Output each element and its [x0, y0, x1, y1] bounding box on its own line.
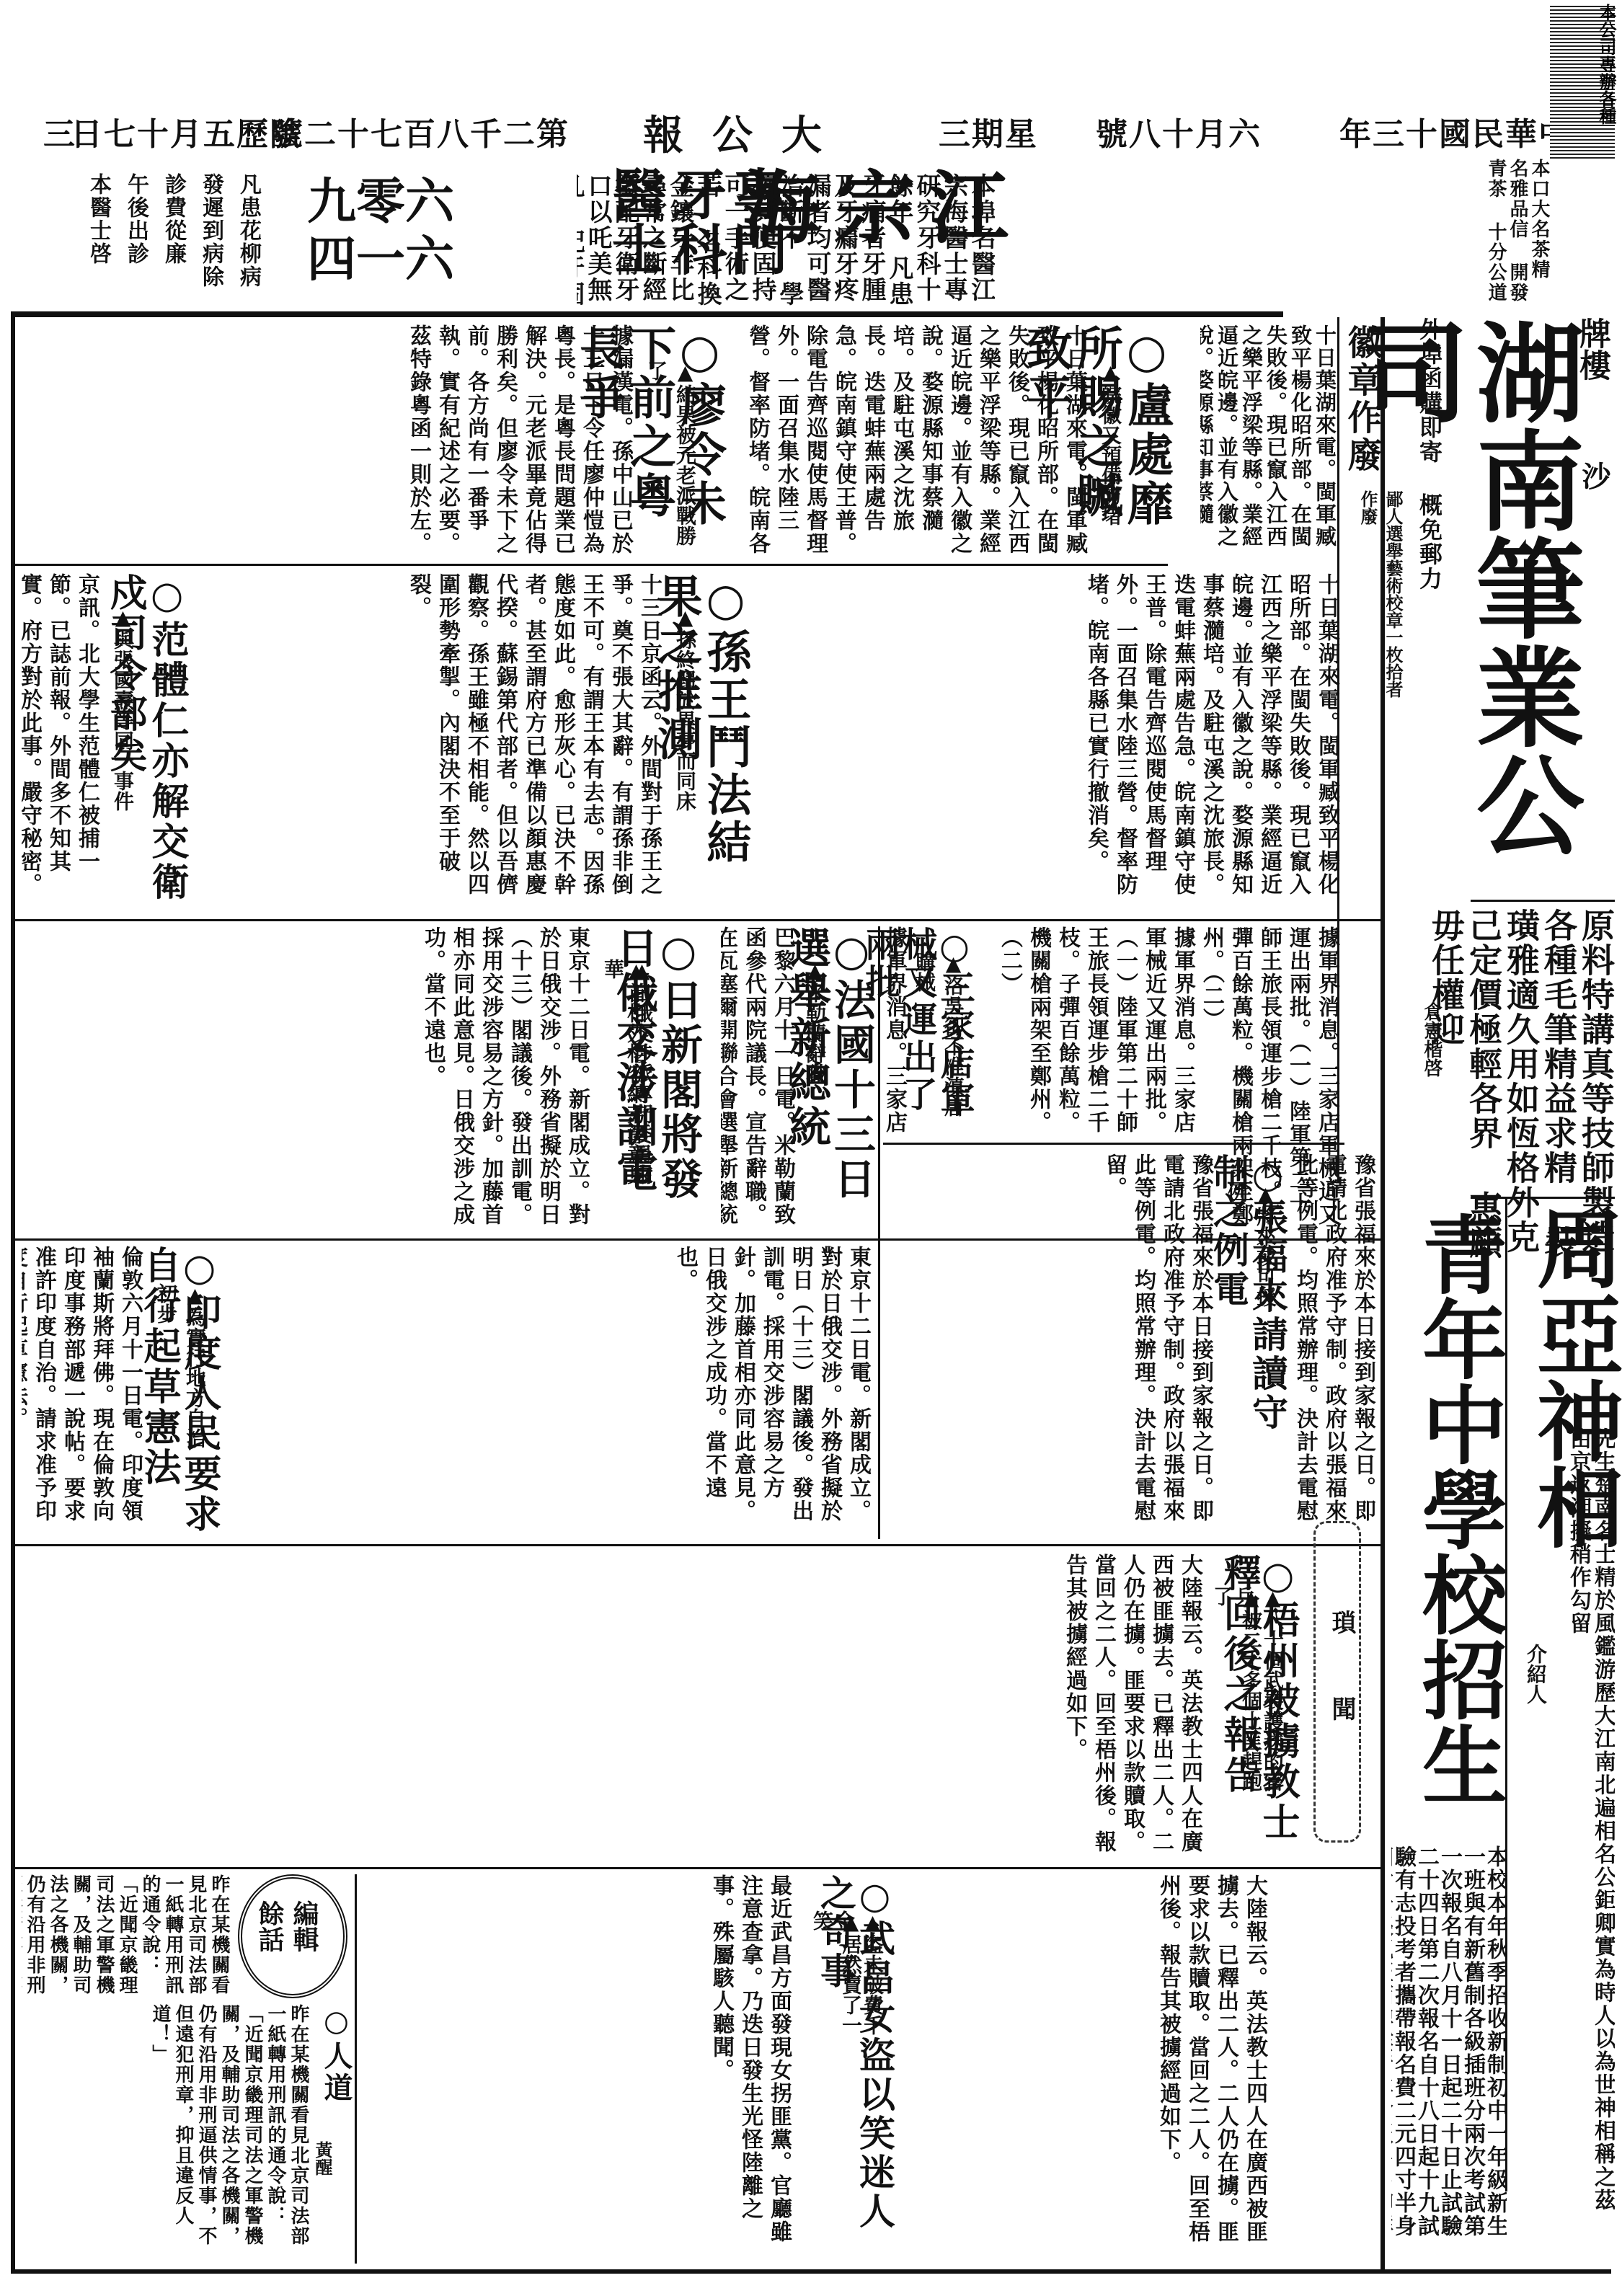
- hunan-ad-footer: 倉憲楷啓: [1419, 1002, 1445, 1089]
- zhou-ad-body: 先生楚南名士精於風鑑游歷大江南北遍相名公鉅卿實為時人以為世神相稱之茲由京返湘擬稍…: [1514, 1427, 1615, 2220]
- masthead: 中華民國十三年 六月十八號 星期三 大公報 第二千八百七十二號 陰歷五月十七日 …: [29, 108, 1600, 159]
- hunan-ad-address: 概免郵力: [1416, 493, 1442, 591]
- a8-rule: [883, 1143, 1344, 1145]
- article-a4-subhead: ▲與張國燾等同一事件: [108, 606, 137, 822]
- top-ad-band: 本公司專辦各種 江宗海 專門牙科醫士 本埠名醫江宗海醫士專研究牙科十餘年 凡患牙…: [0, 159, 1622, 314]
- phone-number-ad: 六零九六一四: [274, 173, 461, 303]
- notice-body: 鄙人選舉藝術校章一枚拾者作廢: [1355, 490, 1406, 706]
- bottom-frame-rule: [11, 2269, 1611, 2274]
- article-a12-prefix: 昨在某機關看見北京司法部一紙轉用刑訊的通令說：「近聞京畿理司法之軍警機關，及輔助…: [22, 1874, 231, 1997]
- article-a7-body: 據軍界消息。三家店軍械近又運出兩批。（一）陸軍第二十師王旅長領運步槍二千枝。子彈…: [883, 926, 908, 1143]
- article-a1-subhead: ▲皖徽又預備防堵: [1096, 360, 1125, 555]
- editorial-ornament: 編輯 餘話: [238, 1874, 347, 1998]
- corner-ad-line: 本公司專辦各種: [1596, 4, 1617, 125]
- small-ad-line: 十分公道: [1485, 222, 1507, 303]
- masthead-year: 中華民國十三年: [1339, 108, 1572, 154]
- hunan-ad-rule: [1471, 900, 1615, 902]
- a6-divider: [878, 926, 880, 1539]
- clinic-note: 診費從廉: [161, 173, 186, 265]
- article-a5-subhead-2: ▲日俄交涉派專門委員來華: [598, 959, 656, 1197]
- hunan-brush-ad: 湖南筆業公司 牌樓 沙 外埠函購即寄 概免郵力: [1391, 317, 1622, 901]
- article-a12-body: 昨在某機關看見北京司法部一紙轉用刑訊的通令說：「近聞京畿理司法之軍警機關，及輔助…: [22, 2004, 310, 2264]
- phone-number: 六零九六一四: [274, 173, 454, 288]
- zhou-ad-rule: [1471, 1197, 1615, 1199]
- article-a12-author: 黃醒: [310, 2141, 335, 2199]
- top-frame-rule: [11, 311, 1283, 317]
- article-a8-prefix: 豫省張福來於本日接到家報之日。即電請北政府准予守制。政府以張福來此等例電。均照常…: [1290, 1153, 1377, 1543]
- band-rule-2: [14, 919, 1381, 921]
- masthead-page-number: 三: [43, 108, 76, 154]
- trivia-box: 瑣 聞: [1313, 1521, 1361, 1843]
- article-a1-body: 十日葉湖來電。閩軍臧致平楊化昭所部。在閩失敗後。現已竄入江西之樂平浮梁等縣。業經…: [743, 324, 1089, 559]
- editorial-divider: [355, 1874, 357, 2264]
- article-a5-body: 東京十二日電。新閣成立。對於日俄交涉。外務省擬於明日（十三）閣議後。發出訓電。採…: [22, 926, 591, 1236]
- article-a12-headline: ○人道: [317, 2004, 352, 2134]
- band-rule-5: [14, 1867, 1381, 1869]
- clinic-note: 發遲到病除: [198, 173, 223, 288]
- article-a11-subhead-2: ▲居然賣了一笑: [807, 1910, 865, 2055]
- left-frame-rule: [11, 311, 15, 2272]
- clinic-note: 凡患花柳病: [236, 173, 261, 288]
- hunan-ad-address: 外埠函購即寄: [1416, 317, 1442, 464]
- article-a3-subhead: ▲孫終歸於異夢而同床: [670, 606, 699, 822]
- article-a5-headline: ○日新閣將發日俄交涉訓電: [649, 926, 701, 1236]
- dentist-body-line: 徵配牙衛牙口以吒美無凡: [577, 173, 639, 303]
- notice-title: 徽章作廢: [1341, 324, 1381, 476]
- article-a8-body: 豫省張福來於本日接到家報之日。即電請北政府准予守制。政府以張福來此等例電。均照常…: [883, 1153, 1215, 1543]
- masthead-weekday: 星期三: [939, 108, 1038, 154]
- masthead-issue: 第二千八百七十二號: [271, 108, 570, 154]
- masthead-date: 六月十八號: [1096, 108, 1262, 154]
- article-a6-headline: ○法國十三日選舉新總統: [822, 926, 874, 1236]
- trivia-box-label-2: 聞: [1324, 1696, 1360, 1721]
- trivia-box-label-1: 瑣: [1324, 1610, 1360, 1634]
- small-ad-line: 名雅品信: [1507, 159, 1528, 239]
- article-a6-subhead: ▲米勒蘭辭職: [800, 959, 829, 1103]
- hunan-ad-body-line: 原料特講真等技師製造各種毛筆精益求精: [1539, 908, 1615, 1254]
- school-ad-body: 本校本年秋季招收新制初中一年級新生一班與有新舊制各級插班分兩次考試第一次報名自八…: [1391, 1845, 1507, 2249]
- masthead-lunar-date: 陰歷五月十七日: [71, 108, 303, 154]
- article-a1-headline: ○盧處靡所賜之贓致平: [1117, 324, 1171, 562]
- article-a2-subhead: ▲結果被元老派戰勝了: [642, 360, 699, 555]
- editorial-box-label-2: 餘話: [252, 1900, 288, 1952]
- article-a7-cont: 據軍界消息。三家店軍械近又運出兩批。（一）陸軍第二十師王旅長領運步槍二千枝。子彈…: [937, 926, 1197, 1143]
- article-a3-headline: ○孫王鬥法結果之推測: [692, 573, 750, 912]
- band-rule-4: [14, 1544, 1381, 1546]
- article-a2-body: 據漏漢電。孫中山已於十三日下令任廖仲愷為粵長。是粵長問題業已解決。元老派畢竟佔得…: [22, 324, 634, 559]
- article-a10-subhead-2: ▲被二十多個土匪趕跑了: [1207, 1586, 1265, 1802]
- article-a7-subhead: ▲洛吳卻不准滇唐購械: [910, 952, 967, 1117]
- article-a6-body: 巴黎六月十一日電。米勒蘭致函參代兩院議長。宣告辭職。在瓦塞爾開聯合會選舉新總統云…: [721, 926, 797, 1236]
- article-a11-body: 最近武昌方面發現女拐匪黨。官廳雖注意查拿。乃迭日發生光怪陸離之事。殊屬駭人聽聞。: [360, 1874, 793, 2264]
- zhou-ad-intro-label: 介紹人: [1521, 1644, 1550, 1730]
- article-a1-continued: 十日葉湖來電。閩軍臧致平楊化昭所部。在閩失敗後。現已竄入江西之樂平浮梁等縣。業經…: [1200, 324, 1337, 562]
- hunan-ad-location-2: 沙: [1574, 461, 1615, 577]
- clinic-note: 本醫士啓: [86, 173, 111, 265]
- article-a3-body: 十三日京函云。外間對于孫王之爭。奠不張大其辭。有謂孫非倒王不可。有謂王本有去志。…: [216, 573, 663, 916]
- article-a1-tail: 十日葉湖來電。閩軍臧致平楊化昭所部。在閩失敗後。現已竄入江西之樂平浮梁等縣。業經…: [937, 573, 1341, 916]
- article-a9-subhead: ▲為實行地方自治初步: [151, 1283, 209, 1456]
- editorial-box-label-1: 編輯: [286, 1900, 323, 1952]
- school-ad-title: 青年中學校招生: [1413, 1211, 1502, 1845]
- article-a4-headline: ○范體仁亦解交衛戍司令部矣: [137, 573, 187, 912]
- small-ad-line: 本口大名茶精: [1528, 159, 1550, 280]
- corner-ad: 本公司專辦各種: [1550, 4, 1615, 159]
- clinic-note: 午後出診: [123, 173, 149, 265]
- article-a8-subhead: ▲將來或可援例: [1222, 1182, 1280, 1326]
- article-a4-body: 京訊。北大學生范體仁被捕一節。已誌前報。外間多不知其實。府方對於此事。嚴守秘密。: [22, 573, 101, 916]
- dentist-ad-body: 本埠名醫江宗海醫士專研究牙科十餘年 凡患牙痛者牙腫及牙瘺牙疼漏者均可醫治斷不 學…: [577, 173, 995, 310]
- band-rule-1: [14, 564, 1168, 566]
- masthead-paper-name: 大公報: [643, 104, 851, 161]
- hunan-ad-location: 牌樓: [1569, 317, 1615, 433]
- article-a9-body: 倫敦六月十一日電。印度領袖蘭斯將拜佛。現在倫敦向印度事務部遞一說帖。要求准許印度…: [22, 1246, 144, 1541]
- article-a10-body: 大陸報云。英法教士四人在廣西被匪擄去。已釋出二人。二人仍在擄。匪要求以款贖取。當…: [22, 1553, 1204, 1863]
- article-a5-tail: 東京十二日電。新閣成立。對於日俄交涉。外務省擬於明日（十三）閣議後。發出訓電。採…: [274, 1246, 872, 1541]
- article-a10-tail: 大陸報云。英法教士四人在廣西被匪擄去。已釋出二人。二人仍在擄。匪要求以款贖取。當…: [894, 1874, 1269, 2264]
